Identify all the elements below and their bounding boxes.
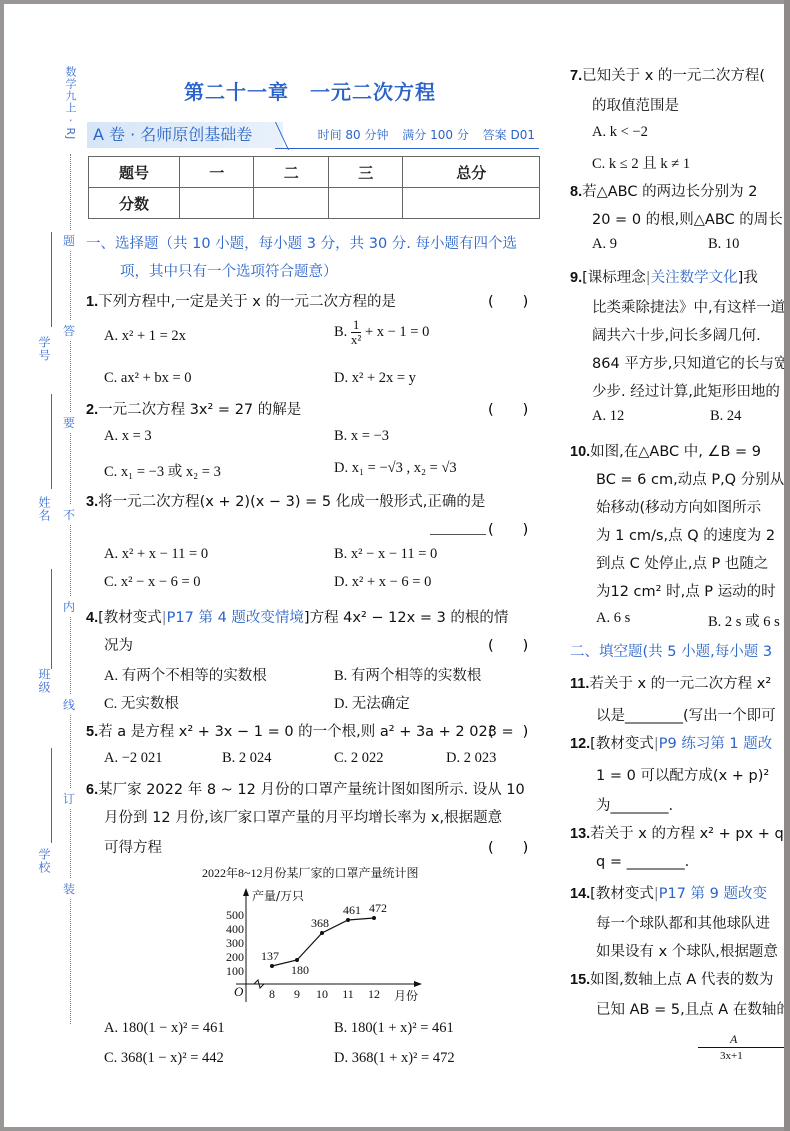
option-c: C. k ≤ 2 且 k ≠ 1 — [592, 152, 690, 173]
question-3: 3.将一元二次方程(x + 2)(x − 3) = 5 化成一般形式,正确的是 — [86, 490, 485, 511]
svg-text:368: 368 — [311, 916, 329, 930]
question-13-blank[interactable]: q = ________. — [596, 854, 689, 870]
option-b: B. 10 — [708, 236, 739, 253]
question-10: 10.如图,在△ABC 中, ∠B = 9 — [570, 440, 761, 461]
option-b: B. 2 s 或 6 s — [708, 610, 780, 631]
option-a: A. k < −2 — [592, 124, 648, 141]
option-b: B. 2 024 — [222, 750, 272, 767]
score-input-cell[interactable] — [254, 188, 328, 219]
question-12-blank[interactable]: 为________. — [596, 794, 673, 815]
name-line[interactable] — [51, 394, 52, 489]
svg-text:9: 9 — [294, 987, 300, 1001]
number-line — [698, 1047, 784, 1048]
exam-page: 数学九上 · RJ 题 答 要 不 内 线 订 装 学号 姓名 班级 学校 第二… — [4, 4, 784, 1127]
question-4-cont: 况为 — [104, 634, 133, 655]
time-limit: 时间 80 分钟 — [318, 128, 389, 142]
svg-text:100: 100 — [226, 964, 244, 978]
answer-paren[interactable]: ( ) — [488, 836, 528, 857]
answer-paren[interactable]: ( ) — [488, 518, 528, 539]
question-8-cont: 20 = 0 的根,则△ABC 的周长 — [592, 208, 783, 229]
table-row: 分数 — [89, 188, 540, 219]
question-9-cont: 阔共六十步,问长多阔几何. — [592, 324, 761, 345]
svg-text:8: 8 — [269, 987, 275, 1001]
option-d: D. x² + x − 6 = 0 — [334, 574, 431, 591]
option-b: B. x² − x − 11 = 0 — [334, 546, 437, 563]
paper-label: A 卷 · 名师原创基础卷 — [87, 122, 283, 148]
school-line[interactable] — [51, 748, 52, 843]
class-line[interactable] — [51, 569, 52, 669]
series-label: 数学九上 · RJ — [62, 66, 78, 140]
question-14-cont: 如果设有 x 个球队,根据题意 — [596, 940, 778, 961]
question-10-cont: 始移动(移动方向如图所示 — [596, 496, 761, 517]
option-a: A. x² + x − 11 = 0 — [104, 546, 208, 563]
svg-text:月份: 月份 — [394, 989, 418, 1003]
paper-meta: 时间 80 分钟 满分 100 分 答案 D01 — [287, 122, 539, 149]
page-edge — [784, 0, 790, 1131]
seal-char: 不 — [63, 504, 75, 525]
svg-text:180: 180 — [291, 963, 309, 977]
question-10-cont: 到点 C 处停止,点 P 也随之 — [596, 552, 768, 573]
chapter-title: 第二十一章 一元二次方程 — [184, 76, 436, 105]
question-7: 7.已知关于 x 的一元二次方程( — [570, 64, 765, 85]
table-cell: 总分 — [403, 157, 540, 188]
score-input-cell[interactable] — [180, 188, 254, 219]
svg-text:400: 400 — [226, 922, 244, 936]
chart-svg: 100 200 300 400 500 O 8 9 10 11 12 月份 产量… — [194, 864, 454, 1014]
table-cell: 一 — [180, 157, 254, 188]
section-2-title: 二、填空题(共 5 小题,每小题 3 — [570, 640, 772, 661]
point-a-value: 3x+1 — [720, 1050, 743, 1062]
svg-text:461: 461 — [343, 903, 361, 917]
question-9: 9.[课标理念|关注数学文化]我 — [570, 266, 758, 287]
question-15: 15.如图,数轴上点 A 代表的数为 — [570, 968, 773, 989]
answer-paren[interactable]: ( ) — [488, 720, 528, 741]
svg-text:137: 137 — [261, 949, 279, 963]
question-11: 11.若关于 x 的一元二次方程 x² — [570, 672, 771, 693]
answer-page: 答案 D01 — [483, 128, 535, 142]
option-b: B. x = −3 — [334, 428, 389, 445]
seal-char: 内 — [63, 596, 75, 617]
answer-paren[interactable]: ( ) — [488, 290, 528, 311]
option-a: A. 有两个不相等的实数根 — [104, 664, 267, 685]
option-a: A. 180(1 − x)² = 461 — [104, 1020, 225, 1037]
question-13: 13.若关于 x 的方程 x² + px + q — [570, 822, 784, 843]
question-9-cont: 比类乘除捷法》中,有这样一道 — [592, 296, 784, 317]
svg-text:472: 472 — [369, 901, 387, 915]
question-15-cont: 已知 AB = 5,且点 A 在数轴的 — [596, 998, 784, 1019]
question-12-cont: 1 = 0 可以配方成(x + p)² — [596, 764, 769, 785]
question-11-blank[interactable]: 以是________(写出一个即可 — [596, 704, 776, 725]
question-14-cont: 每一个球队都和其他球队进 — [596, 912, 770, 933]
option-b: B. 24 — [710, 408, 741, 425]
seal-char: 装 — [63, 878, 75, 899]
question-10-cont: BC = 6 cm,动点 P,Q 分别从 — [596, 468, 784, 489]
svg-text:O: O — [234, 984, 244, 999]
score-table: 题号 一 二 三 总分 分数 — [88, 156, 540, 219]
question-9-cont: 864 平方步,只知道它的长与宽 — [592, 352, 784, 373]
question-7-cont: 的取值范围是 — [592, 94, 679, 115]
production-line-chart: 2022年8~12月份某厂家的口罩产量统计图 100 200 300 400 5… — [194, 864, 454, 1014]
option-c: C. 2 022 — [334, 750, 384, 767]
option-a: A. 12 — [592, 408, 624, 425]
option-b: B. 180(1 + x)² = 461 — [334, 1020, 454, 1037]
svg-text:500: 500 — [226, 908, 244, 922]
score-input-cell[interactable] — [328, 188, 402, 219]
option-a: A. −2 021 — [104, 750, 163, 767]
field-label-class: 班级 — [36, 668, 53, 694]
answer-paren[interactable]: ( ) — [488, 398, 528, 419]
question-6-cont: 月份到 12 月份,该厂家口罩产量的月平均增长率为 x,根据题意 — [104, 806, 502, 827]
field-label-name: 姓名 — [36, 496, 53, 522]
section-title-cont: 项，其中只有一个选项符合题意） — [120, 260, 338, 281]
svg-text:12: 12 — [368, 987, 380, 1001]
seal-char: 答 — [63, 320, 75, 341]
option-d: D. 2 023 — [446, 750, 496, 767]
question-1: 1.下列方程中,一定是关于 x 的一元二次方程的是 — [86, 290, 396, 311]
question-8: 8.若△ABC 的两边长分别为 2 — [570, 180, 757, 201]
score-input-cell[interactable] — [403, 188, 540, 219]
table-cell: 三 — [328, 157, 402, 188]
seal-char: 线 — [63, 694, 75, 715]
svg-text:10: 10 — [316, 987, 328, 1001]
table-cell: 二 — [254, 157, 328, 188]
svg-text:300: 300 — [226, 936, 244, 950]
svg-text:200: 200 — [226, 950, 244, 964]
question-12: 12.[教材变式|P9 练习第 1 题改 — [570, 732, 772, 753]
option-b: B. 1x² + x − 1 = 0 — [334, 318, 429, 347]
option-c: C. 368(1 − x)² = 442 — [104, 1050, 224, 1067]
table-cell: 题号 — [89, 157, 180, 188]
seal-char: 订 — [63, 788, 75, 809]
option-a: A. 9 — [592, 236, 617, 253]
option-c: C. ax² + bx = 0 — [104, 370, 192, 387]
question-6-cont: 可得方程 — [104, 836, 162, 857]
option-c: C. 无实数根 — [104, 692, 179, 713]
question-5: 5.若 a 是方程 x² + 3x − 1 = 0 的一个根,则 a² + 3a… — [86, 720, 514, 741]
answer-paren[interactable]: ( ) — [488, 634, 528, 655]
seal-char: 要 — [63, 412, 75, 433]
option-d: D. x² + 2x = y — [334, 370, 416, 387]
question-2: 2.一元二次方程 3x² = 27 的解是 — [86, 398, 301, 419]
option-d: D. 无法确定 — [334, 692, 410, 713]
option-a: A. x² + 1 = 2x — [104, 328, 186, 345]
option-c: C. x₁ = −3 或 x₂ = 3 — [104, 460, 221, 481]
question-10-cont: 为12 cm² 时,点 P 运动的时 — [596, 580, 776, 601]
svg-text:产量/万只: 产量/万只 — [252, 888, 304, 903]
question-9-cont: 少步. 经过计算,此矩形田地的 — [592, 380, 780, 401]
seal-char: 题 — [63, 230, 75, 251]
answer-line — [430, 534, 486, 535]
field-label-school: 学校 — [36, 848, 53, 874]
question-4: 4.[教材变式|P17 第 4 题改变情境]方程 4x² − 12x = 3 的… — [86, 606, 508, 627]
table-cell: 分数 — [89, 188, 180, 219]
field-label-student-id: 学号 — [36, 336, 53, 362]
svg-text:11: 11 — [342, 987, 354, 1001]
point-a-label: A — [730, 1032, 737, 1047]
question-6: 6.某厂家 2022 年 8 ~ 12 月份的口罩产量统计图如图所示. 设从 1… — [86, 778, 525, 799]
option-d: D. x₁ = −√3 , x₂ = √3 — [334, 460, 457, 477]
student-id-line[interactable] — [51, 232, 52, 327]
option-a: A. x = 3 — [104, 428, 152, 445]
full-score: 满分 100 分 — [402, 128, 469, 142]
paper-info-bar: A 卷 · 名师原创基础卷 时间 80 分钟 满分 100 分 答案 D01 — [87, 122, 539, 148]
question-10-cont: 为 1 cm/s,点 Q 的速度为 2 — [596, 524, 775, 545]
question-14: 14.[教材变式|P17 第 9 题改变 — [570, 882, 767, 903]
section-title: 一、选择题（共 10 小题，每小题 3 分，共 30 分. 每小题有四个选 — [86, 232, 517, 253]
option-d: D. 368(1 + x)² = 472 — [334, 1050, 455, 1067]
table-row: 题号 一 二 三 总分 — [89, 157, 540, 188]
option-b: B. 有两个相等的实数根 — [334, 664, 481, 685]
option-c: C. x² − x − 6 = 0 — [104, 574, 201, 591]
option-a: A. 6 s — [596, 610, 630, 627]
